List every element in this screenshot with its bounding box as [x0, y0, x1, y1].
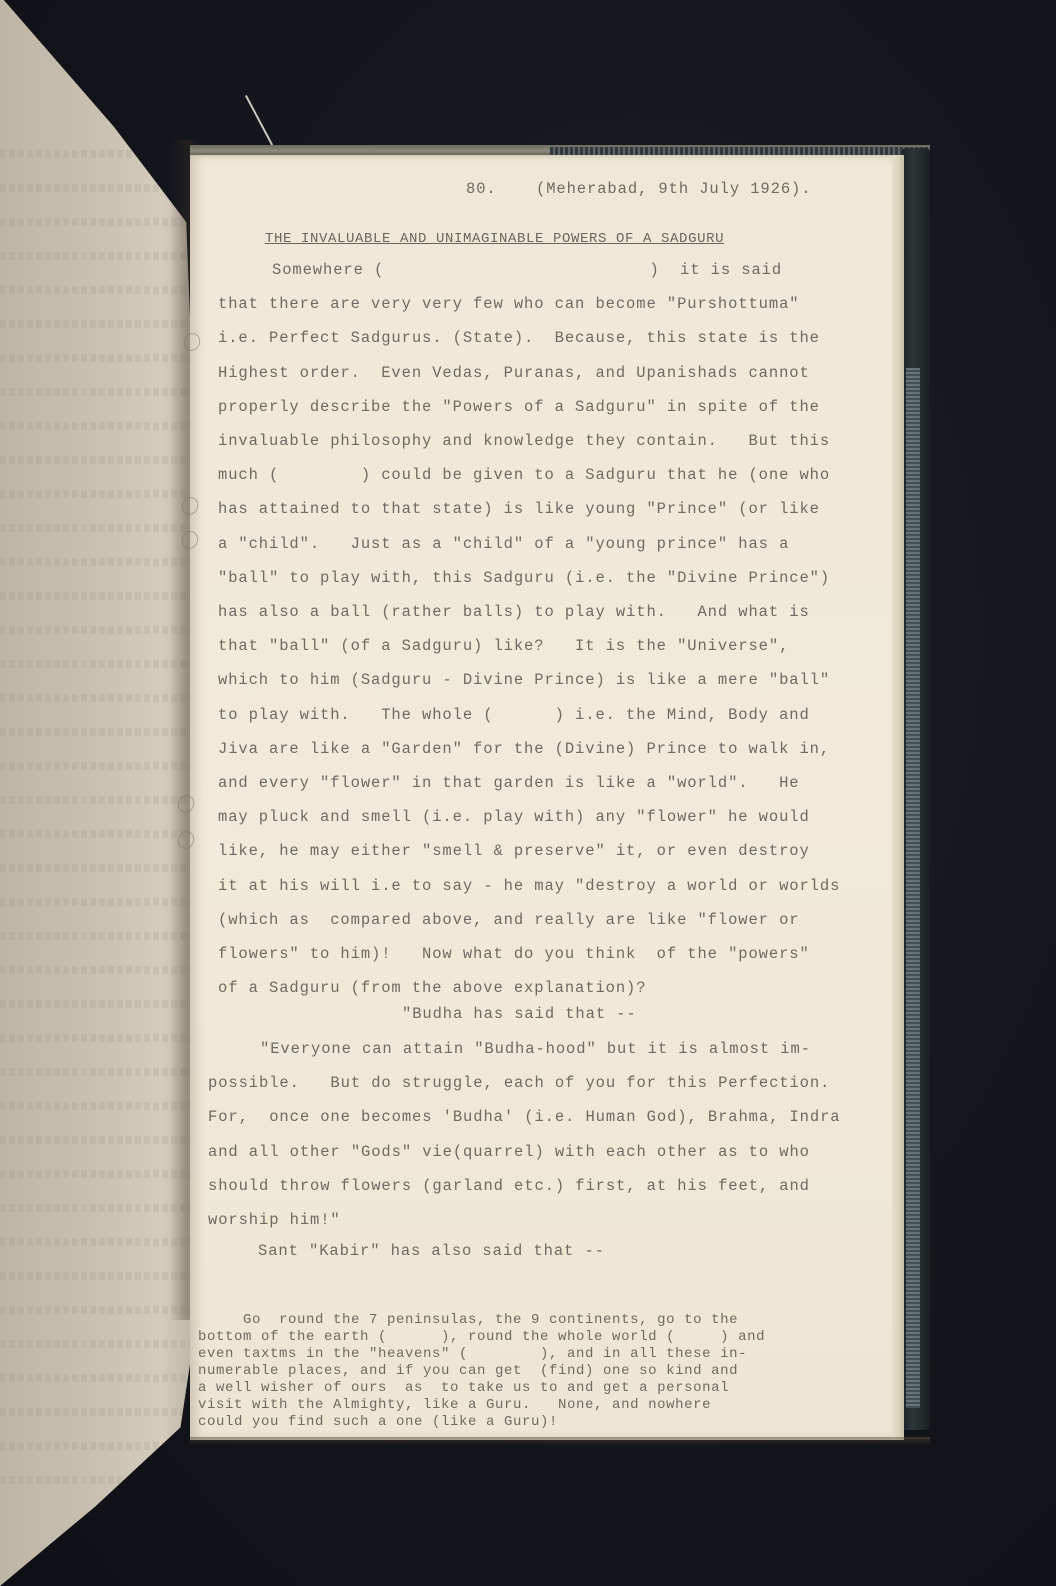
- bleed-through-text: [0, 660, 190, 668]
- text-line: visit with the Almighty, like a Guru. No…: [198, 1397, 711, 1413]
- text-line: that "ball" (of a Sadguru) like? It is t…: [218, 637, 789, 655]
- page-bottom-shadow: [190, 1437, 930, 1445]
- bleed-through-text: [0, 1340, 190, 1348]
- text-line: Go round the 7 peninsulas, the 9 contine…: [198, 1312, 738, 1328]
- text-line: it at his will i.e to say - he may "dest…: [218, 877, 840, 895]
- bleed-through-text: [0, 830, 190, 838]
- text-line: even taxtms in the "heavens" ( ), and in…: [198, 1346, 747, 1362]
- bleed-through-text: [0, 252, 190, 260]
- bleed-through-text: [0, 1408, 190, 1416]
- text-line: properly describe the "Powers of a Sadgu…: [218, 398, 820, 416]
- bleed-through-text: [0, 898, 190, 906]
- bleed-through-text: [0, 932, 190, 940]
- text-line: should throw flowers (garland etc.) firs…: [208, 1177, 810, 1195]
- bleed-through-text: [0, 524, 190, 532]
- text-line: to play with. The whole ( ) i.e. the Min…: [218, 706, 810, 724]
- text-line: which to him (Sadguru - Divine Prince) i…: [218, 671, 830, 689]
- bleed-through-text: [0, 1204, 190, 1212]
- text-line: much ( ) could be given to a Sadguru tha…: [218, 466, 830, 484]
- text-line: and all other "Gods" vie(quarrel) with e…: [208, 1143, 810, 1161]
- bleed-through-text: [0, 762, 190, 770]
- text-line: worship him!": [208, 1211, 341, 1229]
- text-line: (which as compared above, and really are…: [218, 911, 800, 929]
- bleed-through-text: [0, 1034, 190, 1042]
- bleed-through-text: [0, 694, 190, 702]
- text-line: has also a ball (rather balls) to play w…: [218, 603, 810, 621]
- text-line: flowers" to him)! Now what do you think …: [218, 945, 810, 963]
- page-stack-edge: [892, 155, 904, 1440]
- text-line: numerable places, and if you can get (fi…: [198, 1363, 738, 1379]
- bleed-through-text: [0, 1136, 190, 1144]
- bleed-through-text: [0, 1306, 190, 1314]
- text-line: and every "flower" in that garden is lik…: [218, 774, 800, 792]
- bleed-through-text: [0, 1272, 190, 1280]
- text-line: possible. But do struggle, each of you f…: [208, 1074, 830, 1092]
- page-title: THE INVALUABLE AND UNIMAGINABLE POWERS O…: [265, 231, 724, 247]
- bleed-through-text: [0, 1238, 190, 1246]
- bleed-through-text: [0, 728, 190, 736]
- spine-cloth: [906, 368, 920, 1408]
- text-line: could you find such a one (like a Guru)!: [198, 1414, 558, 1430]
- text-line: has attained to that state) is like youn…: [218, 500, 820, 518]
- bleed-through-text: [0, 592, 190, 600]
- bleed-through-text: [0, 864, 190, 872]
- text-line: a well wisher of ours as to take us to a…: [198, 1380, 729, 1396]
- text-line: Highest order. Even Vedas, Puranas, and …: [218, 364, 810, 382]
- text-line: Jiva are like a "Garden" for the (Divine…: [218, 740, 830, 758]
- bleed-through-text: [0, 456, 190, 464]
- budha-intro: "Budha has said that --: [402, 1005, 637, 1023]
- text-line: may pluck and smell (i.e. play with) any…: [218, 808, 810, 826]
- text-line: "ball" to play with, this Sadguru (i.e. …: [218, 569, 830, 587]
- bleed-through-text: [0, 1102, 190, 1110]
- bleed-through-text: [0, 422, 190, 430]
- bleed-through-text: [0, 354, 190, 362]
- bleed-through-text: [0, 1068, 190, 1076]
- book-board-edge: [902, 148, 930, 1430]
- typed-page: 80. (Meherabad, 9th July 1926). THE INVA…: [190, 155, 902, 1440]
- bleed-through-text: [0, 558, 190, 566]
- left-facing-page: [0, 0, 190, 1586]
- bleed-through-text: [0, 966, 190, 974]
- bleed-through-text: [0, 388, 190, 396]
- bleed-through-text: [0, 490, 190, 498]
- text-line: bottom of the earth ( ), round the whole…: [198, 1329, 765, 1345]
- bleed-through-text: [0, 1374, 190, 1382]
- bleed-through-text: [0, 796, 190, 804]
- text-line: For, once one becomes 'Budha' (i.e. Huma…: [208, 1108, 841, 1126]
- text-line: i.e. Perfect Sadgurus. (State). Because,…: [218, 329, 820, 347]
- page-number: 80.: [466, 180, 497, 198]
- bleed-through-text: [0, 1000, 190, 1008]
- bleed-through-text: [0, 1170, 190, 1178]
- text-line: Somewhere ( ) it is said: [272, 261, 782, 279]
- place-date: (Meherabad, 9th July 1926).: [536, 180, 811, 198]
- binding-cloth: [550, 147, 930, 155]
- text-line: that there are very very few who can bec…: [218, 295, 800, 313]
- kabir-intro: Sant "Kabir" has also said that --: [258, 1242, 605, 1260]
- text-line: like, he may either "smell & preserve" i…: [218, 842, 810, 860]
- text-line: invaluable philosophy and knowledge they…: [218, 432, 830, 450]
- bleed-through-text: [0, 626, 190, 634]
- text-line: "Everyone can attain "Budha-hood" but it…: [260, 1040, 811, 1058]
- bleed-through-text: [0, 320, 190, 328]
- bleed-through-text: [0, 286, 190, 294]
- bleed-through-text: [0, 218, 190, 226]
- text-line: a "child". Just as a "child" of a "young…: [218, 535, 789, 553]
- text-line: of a Sadguru (from the above explanation…: [218, 979, 646, 997]
